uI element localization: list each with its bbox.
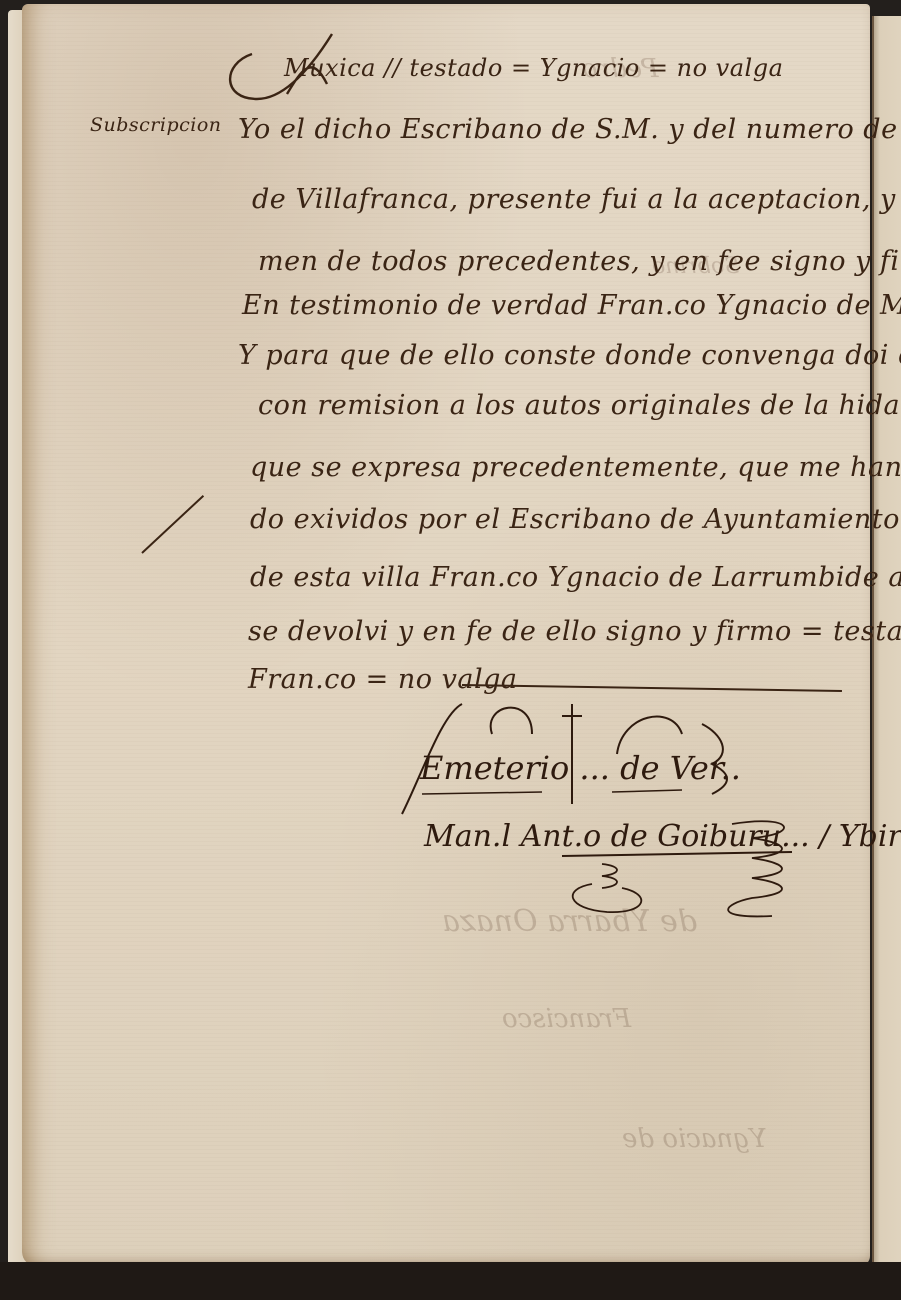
manuscript-page: Pedro Sobrino de Ybarra Onaza Francisco … (22, 4, 870, 1266)
body-line-8: do exividos por el Escribano de Ayuntami… (250, 504, 901, 535)
body-line-10: se devolvi y en fe de ello signo y firmo… (248, 616, 901, 647)
body-line-11: Fran.co = no valga (248, 664, 517, 695)
body-line-5: Y para que de ello conste donde convenga… (238, 340, 901, 371)
body-line-6: con remision a los autos originales de l… (258, 390, 901, 421)
body-line-2: de Villafranca, presente fui a la acepta… (252, 184, 901, 215)
scan-bottom-edge (0, 1262, 901, 1300)
body-line-1: Yo el dicho Escribano de S.M. y del nume… (238, 114, 901, 145)
header-line: Muxica // testado = Ygnacio = no valga (284, 54, 783, 82)
closing-rule (462, 684, 842, 691)
bleed-through-text: Francisco (502, 1004, 631, 1034)
margin-slash-mark (141, 495, 204, 554)
body-line-4: En testimonio de verdad Fran.co Ygnacio … (242, 290, 901, 321)
bleed-through-text: Ygnacio de (622, 1124, 767, 1154)
manuscript-scan: Pedro Sobrino de Ybarra Onaza Francisco … (0, 0, 901, 1300)
margin-note-subscripcion: Subscripcion (90, 114, 222, 136)
body-line-9: de esta villa Fran.co Ygnacio de Larrumb… (250, 562, 901, 593)
signature-1: Emeterio ... de Ver.. (420, 749, 741, 787)
body-line-7: que se expresa precedentemente, que me h… (250, 452, 901, 483)
signature-2: Man.l Ant.o de Goiburu... / Ybiricota (424, 819, 901, 854)
body-line-3: men de todos precedentes, y en fee signo… (258, 246, 901, 277)
